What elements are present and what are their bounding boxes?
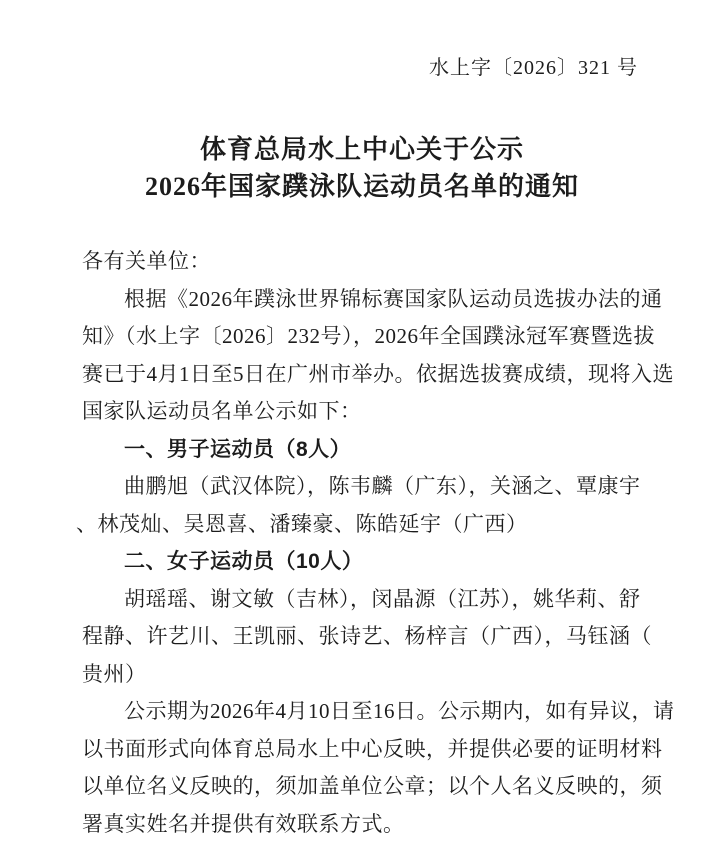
women-athletes-line-2: 程静、许艺川、王凯丽、张诗艺、杨梓言（广西），马钰涵（ — [82, 618, 654, 656]
section-heading-women: 二、女子运动员（10人） — [82, 543, 654, 581]
section-heading-men: 一、男子运动员（8人） — [82, 431, 654, 469]
intro-paragraph-line-1: 根据《2026年蹼泳世界锦标赛国家队运动员选拔办法的通 — [82, 281, 654, 319]
closing-paragraph-line-4: 署真实姓名并提供有效联系方式。 — [82, 806, 654, 844]
women-athletes-line-3: 贵州） — [82, 656, 654, 694]
document-title-line-1: 体育总局水上中心关于公示 — [0, 131, 724, 168]
men-athletes-line-2: 、林茂灿、吴恩喜、潘臻豪、陈皓延宇（广西） — [76, 506, 654, 544]
intro-paragraph-line-2: 知》（水上字〔2026〕232号），2026年全国蹼泳冠军赛暨选拔 — [82, 318, 654, 356]
intro-paragraph-line-4: 国家队运动员名单公示如下： — [82, 393, 654, 431]
document-number: 水上字〔2026〕321 号 — [429, 51, 638, 80]
document-body: 各有关单位： 根据《2026年蹼泳世界锦标赛国家队运动员选拔办法的通 知》（水上… — [82, 243, 654, 843]
document-title: 体育总局水上中心关于公示 2026年国家蹼泳队运动员名单的通知 — [0, 131, 724, 205]
closing-paragraph-line-2: 以书面形式向体育总局水上中心反映，并提供必要的证明材料 — [82, 731, 654, 769]
salutation: 各有关单位： — [82, 243, 654, 281]
notice-document-page: 水上字〔2026〕321 号 体育总局水上中心关于公示 2026年国家蹼泳队运动… — [0, 0, 724, 868]
women-athletes-line-1: 胡瑶瑶、谢文敏（吉林），闵晶源（江苏），姚华莉、舒 — [82, 581, 654, 619]
intro-paragraph-line-3: 赛已于4月1日至5日在广州市举办。依据选拔赛成绩，现将入选 — [82, 356, 654, 394]
men-athletes-line-1: 曲鹏旭（武汉体院），陈韦麟（广东），关涵之、覃康宇 — [82, 468, 654, 506]
closing-paragraph-line-1: 公示期为2026年4月10日至16日。公示期内，如有异议，请 — [82, 693, 654, 731]
closing-paragraph-line-3: 以单位名义反映的，须加盖单位公章；以个人名义反映的，须 — [82, 768, 654, 806]
document-title-line-2: 2026年国家蹼泳队运动员名单的通知 — [0, 168, 724, 205]
